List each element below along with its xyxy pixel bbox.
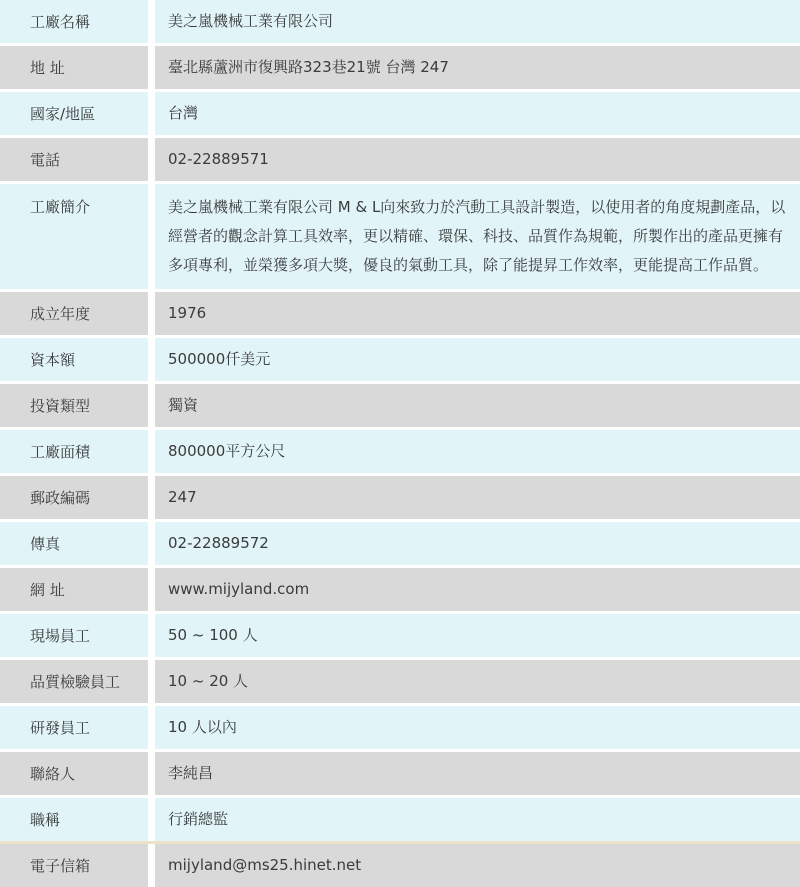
table-row: 電話 02-22889571 bbox=[0, 138, 800, 181]
column-divider bbox=[148, 384, 155, 427]
column-divider bbox=[148, 292, 155, 335]
field-value: 美之嵐機械工業有限公司 M & L向來致力於汽動工具設計製造，以使用者的角度規劃… bbox=[155, 184, 800, 289]
field-label: 研發員工 bbox=[0, 706, 148, 749]
column-divider bbox=[148, 522, 155, 565]
field-label: 工廠名稱 bbox=[0, 0, 148, 43]
table-row: 國家/地區 台灣 bbox=[0, 92, 800, 135]
table-row: 電子信箱 mijyland@ms25.hinet.net bbox=[0, 844, 800, 887]
table-row: 工廠名稱 美之嵐機械工業有限公司 bbox=[0, 0, 800, 43]
column-divider bbox=[148, 568, 155, 611]
field-label: 投資類型 bbox=[0, 384, 148, 427]
field-value: mijyland@ms25.hinet.net bbox=[155, 844, 800, 887]
field-value: 台灣 bbox=[155, 92, 800, 135]
field-value: 500000仟美元 bbox=[155, 338, 800, 381]
table-row: 投資類型 獨資 bbox=[0, 384, 800, 427]
field-label: 國家/地區 bbox=[0, 92, 148, 135]
column-divider bbox=[148, 92, 155, 135]
field-label: 品質檢驗員工 bbox=[0, 660, 148, 703]
column-divider bbox=[148, 46, 155, 89]
table-row: 工廠面積 800000平方公尺 bbox=[0, 430, 800, 473]
field-label: 資本額 bbox=[0, 338, 148, 381]
field-value: 247 bbox=[155, 476, 800, 519]
field-label: 成立年度 bbox=[0, 292, 148, 335]
column-divider bbox=[148, 0, 155, 43]
factory-info-table: 工廠名稱 美之嵐機械工業有限公司 地 址 臺北縣蘆洲市復興路323巷21號 台灣… bbox=[0, 0, 800, 887]
table-row: 聯絡人 李純昌 bbox=[0, 752, 800, 795]
field-value: 800000平方公尺 bbox=[155, 430, 800, 473]
field-value: 10 ~ 20 人 bbox=[155, 660, 800, 703]
column-divider bbox=[148, 430, 155, 473]
field-value: 02-22889572 bbox=[155, 522, 800, 565]
field-value: 02-22889571 bbox=[155, 138, 800, 181]
table-row: 成立年度 1976 bbox=[0, 292, 800, 335]
field-value: www.mijyland.com bbox=[155, 568, 800, 611]
field-value: 美之嵐機械工業有限公司 bbox=[155, 0, 800, 43]
column-divider bbox=[148, 752, 155, 795]
table-row: 郵政編碼 247 bbox=[0, 476, 800, 519]
table-row: 網 址 www.mijyland.com bbox=[0, 568, 800, 611]
field-label: 聯絡人 bbox=[0, 752, 148, 795]
table-row: 品質檢驗員工 10 ~ 20 人 bbox=[0, 660, 800, 703]
column-divider bbox=[148, 138, 155, 181]
table-row: 工廠簡介 美之嵐機械工業有限公司 M & L向來致力於汽動工具設計製造，以使用者… bbox=[0, 184, 800, 289]
field-value: 李純昌 bbox=[155, 752, 800, 795]
field-label: 工廠簡介 bbox=[0, 184, 148, 289]
table-row: 資本額 500000仟美元 bbox=[0, 338, 800, 381]
column-divider bbox=[148, 706, 155, 749]
column-divider bbox=[148, 476, 155, 519]
field-value: 獨資 bbox=[155, 384, 800, 427]
field-label: 現場員工 bbox=[0, 614, 148, 657]
field-label: 職稱 bbox=[0, 798, 148, 841]
field-label: 電子信箱 bbox=[0, 844, 148, 887]
column-divider bbox=[148, 184, 155, 289]
column-divider bbox=[148, 660, 155, 703]
field-value: 1976 bbox=[155, 292, 800, 335]
field-label: 傳真 bbox=[0, 522, 148, 565]
column-divider bbox=[148, 338, 155, 381]
field-label: 郵政編碼 bbox=[0, 476, 148, 519]
column-divider bbox=[148, 614, 155, 657]
table-row: 現場員工 50 ~ 100 人 bbox=[0, 614, 800, 657]
field-label: 地 址 bbox=[0, 46, 148, 89]
field-label: 網 址 bbox=[0, 568, 148, 611]
column-divider bbox=[148, 844, 155, 887]
field-label: 工廠面積 bbox=[0, 430, 148, 473]
table-row: 研發員工 10 人以內 bbox=[0, 706, 800, 749]
field-label: 電話 bbox=[0, 138, 148, 181]
column-divider bbox=[148, 798, 155, 841]
table-row: 地 址 臺北縣蘆洲市復興路323巷21號 台灣 247 bbox=[0, 46, 800, 89]
field-value: 臺北縣蘆洲市復興路323巷21號 台灣 247 bbox=[155, 46, 800, 89]
field-value: 行銷總監 bbox=[155, 798, 800, 841]
table-row: 傳真 02-22889572 bbox=[0, 522, 800, 565]
field-value: 10 人以內 bbox=[155, 706, 800, 749]
table-row: 職稱 行銷總監 bbox=[0, 798, 800, 841]
field-value: 50 ~ 100 人 bbox=[155, 614, 800, 657]
